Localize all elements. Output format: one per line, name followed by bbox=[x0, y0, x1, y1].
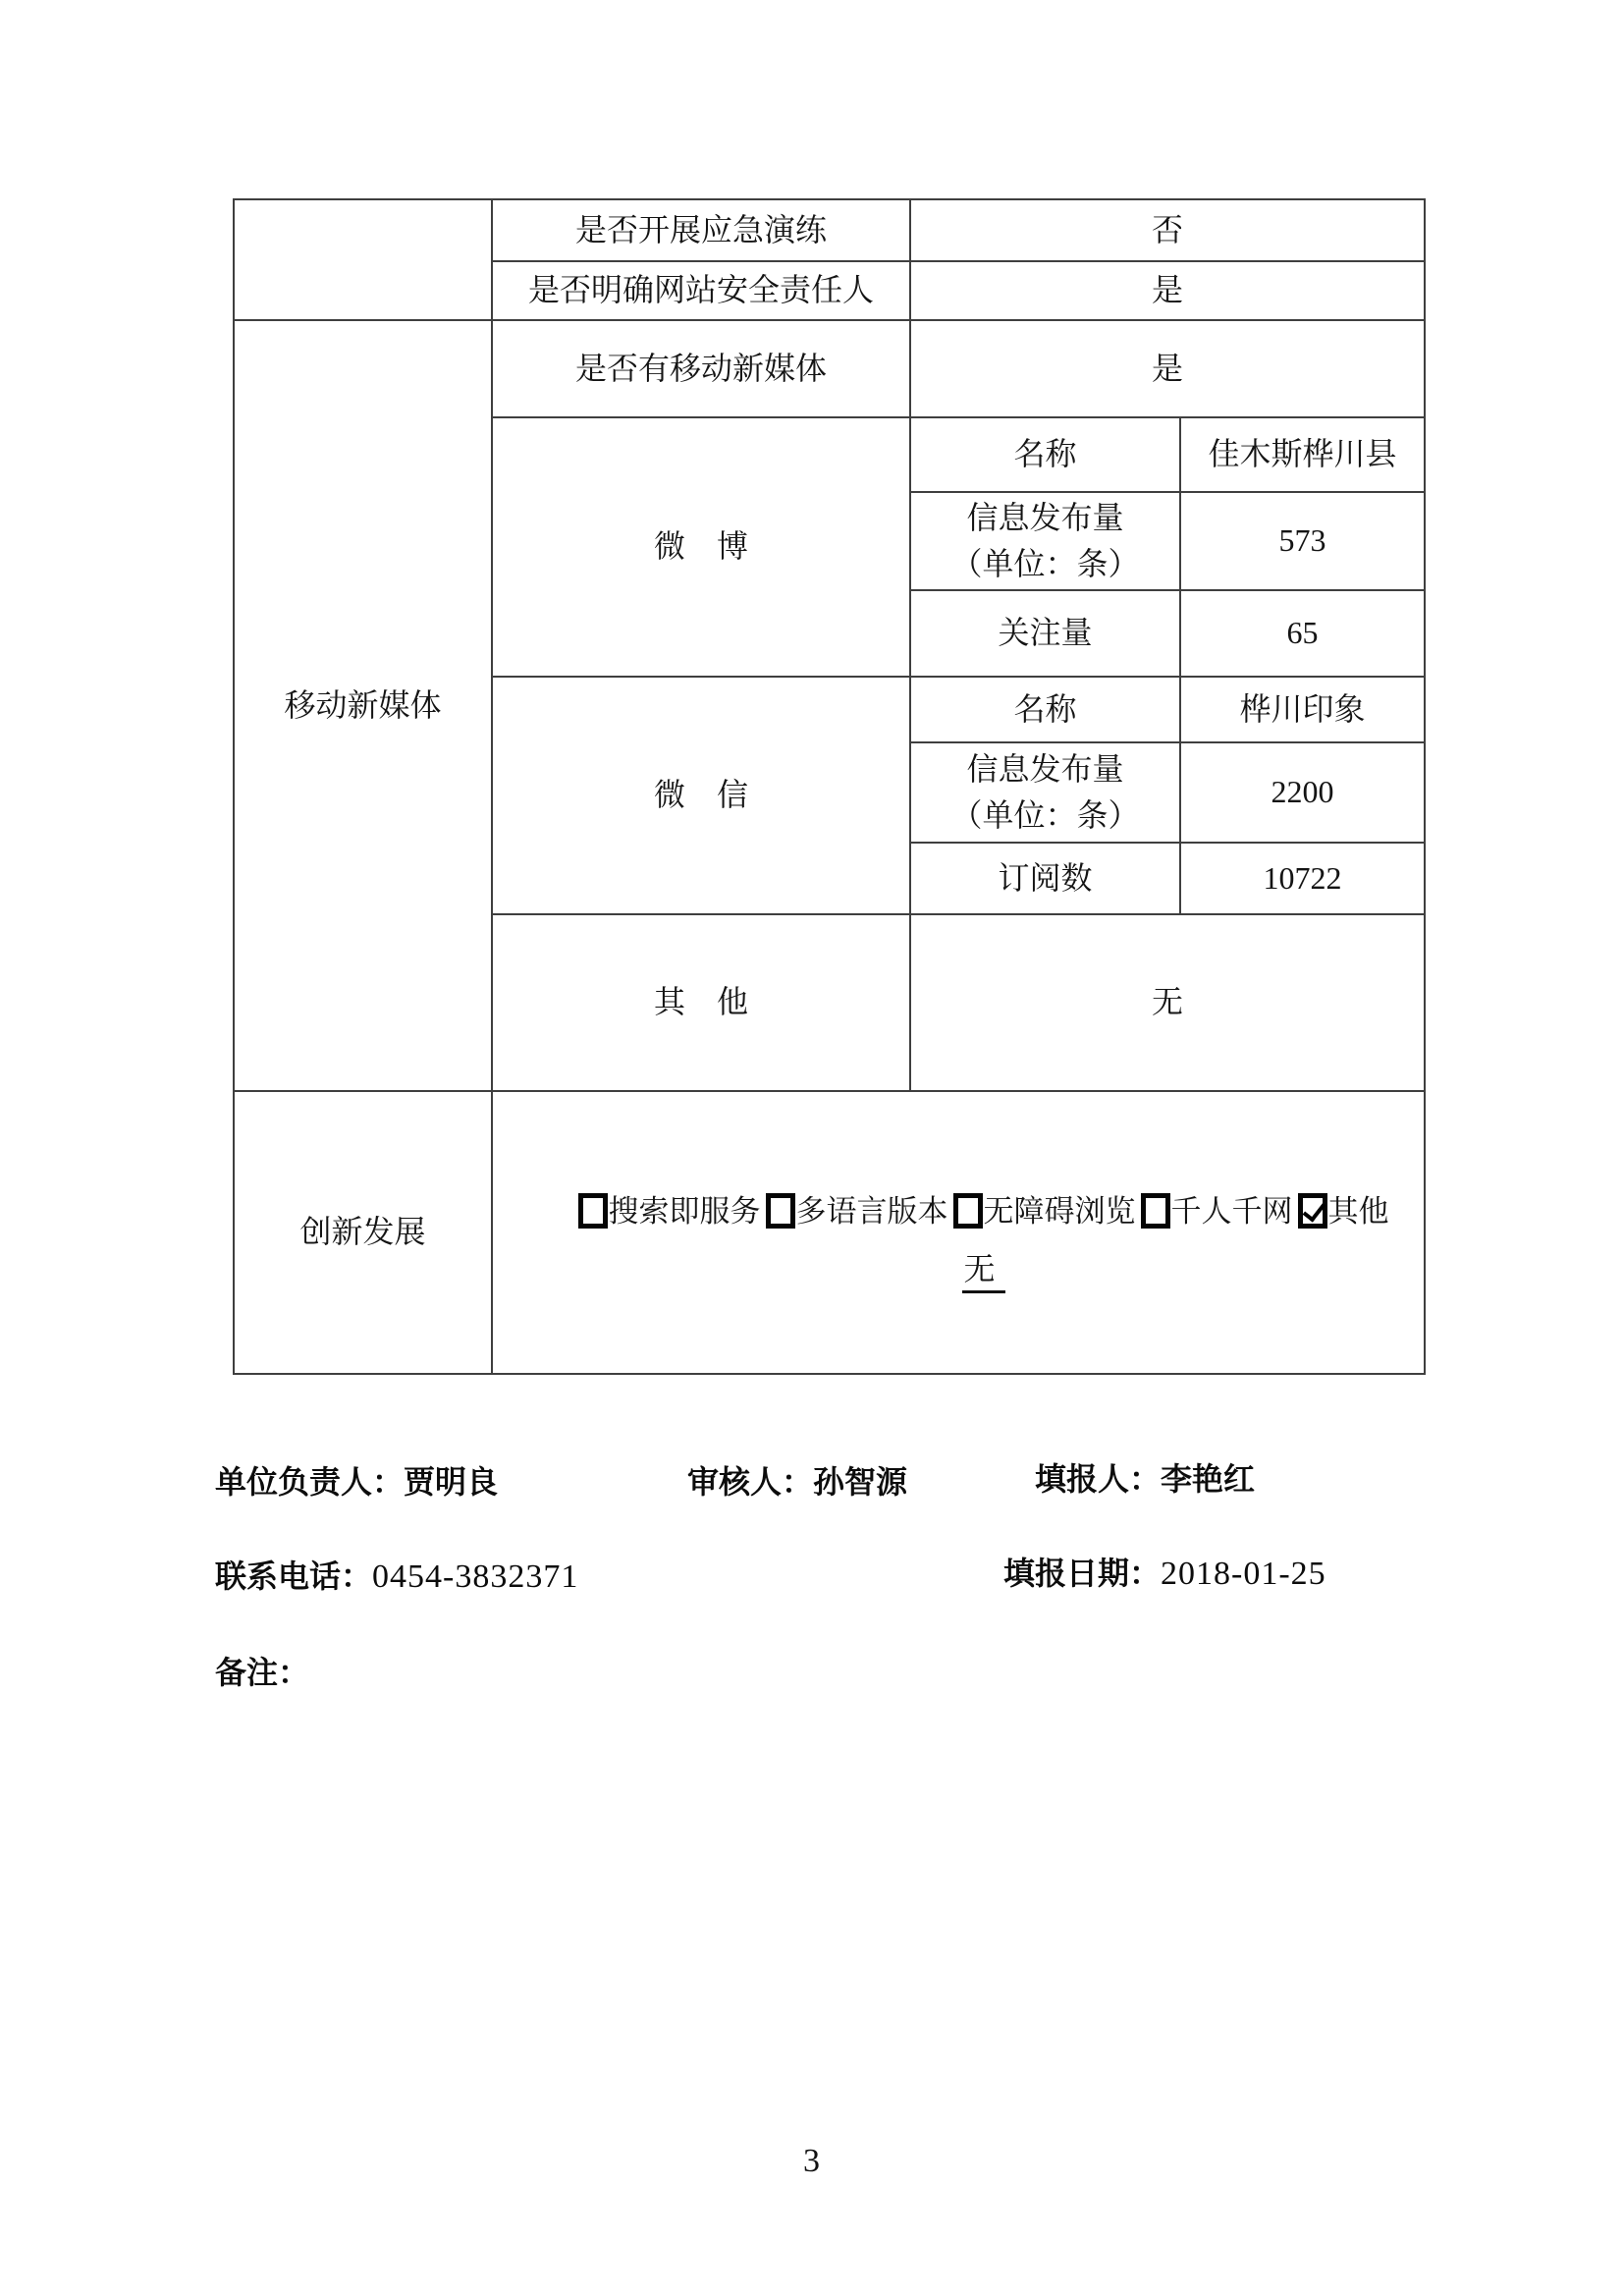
other-media-label: 其 他 bbox=[492, 914, 910, 1091]
innovation-content-cell: 搜索即服务多语言版本无障碍浏览千人千网其他 无 bbox=[492, 1091, 1425, 1374]
option-personalized: 千人千网 bbox=[1136, 1186, 1293, 1236]
checkbox-unchecked-icon bbox=[953, 1193, 983, 1229]
weibo-posts-label: 信息发布量 （单位：条） bbox=[910, 492, 1180, 590]
weibo-label-cell: 微 博 bbox=[492, 417, 910, 677]
wechat-name-value: 桦川印象 bbox=[1180, 677, 1425, 742]
reviewer-label: 审核人： bbox=[687, 1464, 813, 1500]
option-search-service: 搜索即服务 bbox=[578, 1186, 761, 1236]
question-security-responsible: 是否明确网站安全责任人 bbox=[492, 261, 910, 320]
option-accessibility: 无障碍浏览 bbox=[948, 1186, 1136, 1236]
checkbox-unchecked-icon bbox=[578, 1193, 608, 1229]
reviewer-name: 孙智源 bbox=[813, 1464, 907, 1500]
answer-emergency-drill: 否 bbox=[910, 199, 1425, 261]
filler-line: 填报人：李艳红 bbox=[1035, 1454, 1255, 1500]
innovation-options: 搜索即服务多语言版本无障碍浏览千人千网其他 bbox=[553, 1186, 1414, 1236]
question-has-mobile-media: 是否有移动新媒体 bbox=[492, 320, 910, 417]
wechat-subscribers-label: 订阅数 bbox=[910, 843, 1180, 914]
section-cell-mobile-media: 移动新媒体 bbox=[234, 320, 492, 1091]
other-media-value: 无 bbox=[910, 914, 1425, 1091]
table-row: 移动新媒体 是否有移动新媒体 是 bbox=[234, 320, 1425, 417]
notes-line: 备注： bbox=[215, 1648, 309, 1693]
table-row: 是否开展应急演练 否 bbox=[234, 199, 1425, 261]
weibo-followers-label: 关注量 bbox=[910, 590, 1180, 677]
innovation-other-line: 无 bbox=[553, 1248, 1414, 1293]
wechat-subscribers-value: 10722 bbox=[1180, 843, 1425, 914]
unit-head-line: 单位负责人：贾明良 bbox=[215, 1457, 498, 1503]
wechat-label-cell: 微 信 bbox=[492, 677, 910, 914]
phone-label: 联系电话： bbox=[215, 1558, 372, 1594]
section-cell-blank bbox=[234, 199, 492, 320]
wechat-posts-value: 2200 bbox=[1180, 742, 1425, 843]
innovation-other-value: 无 bbox=[962, 1248, 1005, 1293]
option-multilingual: 多语言版本 bbox=[761, 1186, 948, 1236]
report-page: 是否开展应急演练 否 是否明确网站安全责任人 是 移动新媒体 是否有移动新媒体 … bbox=[0, 0, 1623, 2296]
option-other: 其他 bbox=[1293, 1186, 1389, 1236]
phone-line: 联系电话：0454-3832371 bbox=[215, 1552, 578, 1597]
report-table: 是否开展应急演练 否 是否明确网站安全责任人 是 移动新媒体 是否有移动新媒体 … bbox=[233, 198, 1426, 1375]
section-cell-innovation: 创新发展 bbox=[234, 1091, 492, 1374]
wechat-name-label: 名称 bbox=[910, 677, 1180, 742]
weibo-posts-value: 573 bbox=[1180, 492, 1425, 590]
answer-has-mobile-media: 是 bbox=[910, 320, 1425, 417]
weibo-name-label: 名称 bbox=[910, 417, 1180, 492]
checkbox-unchecked-icon bbox=[766, 1193, 795, 1229]
filler-label: 填报人： bbox=[1035, 1461, 1161, 1497]
unit-head-label: 单位负责人： bbox=[215, 1464, 404, 1500]
checkbox-unchecked-icon bbox=[1141, 1193, 1170, 1229]
wechat-posts-label: 信息发布量 （单位：条） bbox=[910, 742, 1180, 843]
date-label: 填报日期： bbox=[1003, 1556, 1161, 1591]
checkbox-checked-icon bbox=[1298, 1193, 1327, 1229]
weibo-name-value: 佳木斯桦川县 bbox=[1180, 417, 1425, 492]
answer-security-responsible: 是 bbox=[910, 261, 1425, 320]
question-emergency-drill: 是否开展应急演练 bbox=[492, 199, 910, 261]
notes-label: 备注： bbox=[215, 1655, 309, 1690]
date-line: 填报日期：2018-01-25 bbox=[1003, 1549, 1326, 1594]
filler-name: 李艳红 bbox=[1161, 1461, 1255, 1497]
page-number: 3 bbox=[0, 2143, 1623, 2180]
unit-head-name: 贾明良 bbox=[404, 1464, 498, 1500]
phone-number: 0454-3832371 bbox=[372, 1558, 578, 1595]
table-row: 创新发展 搜索即服务多语言版本无障碍浏览千人千网其他 无 bbox=[234, 1091, 1425, 1374]
weibo-followers-value: 65 bbox=[1180, 590, 1425, 677]
date-value: 2018-01-25 bbox=[1161, 1556, 1326, 1592]
reviewer-line: 审核人：孙智源 bbox=[687, 1457, 907, 1503]
